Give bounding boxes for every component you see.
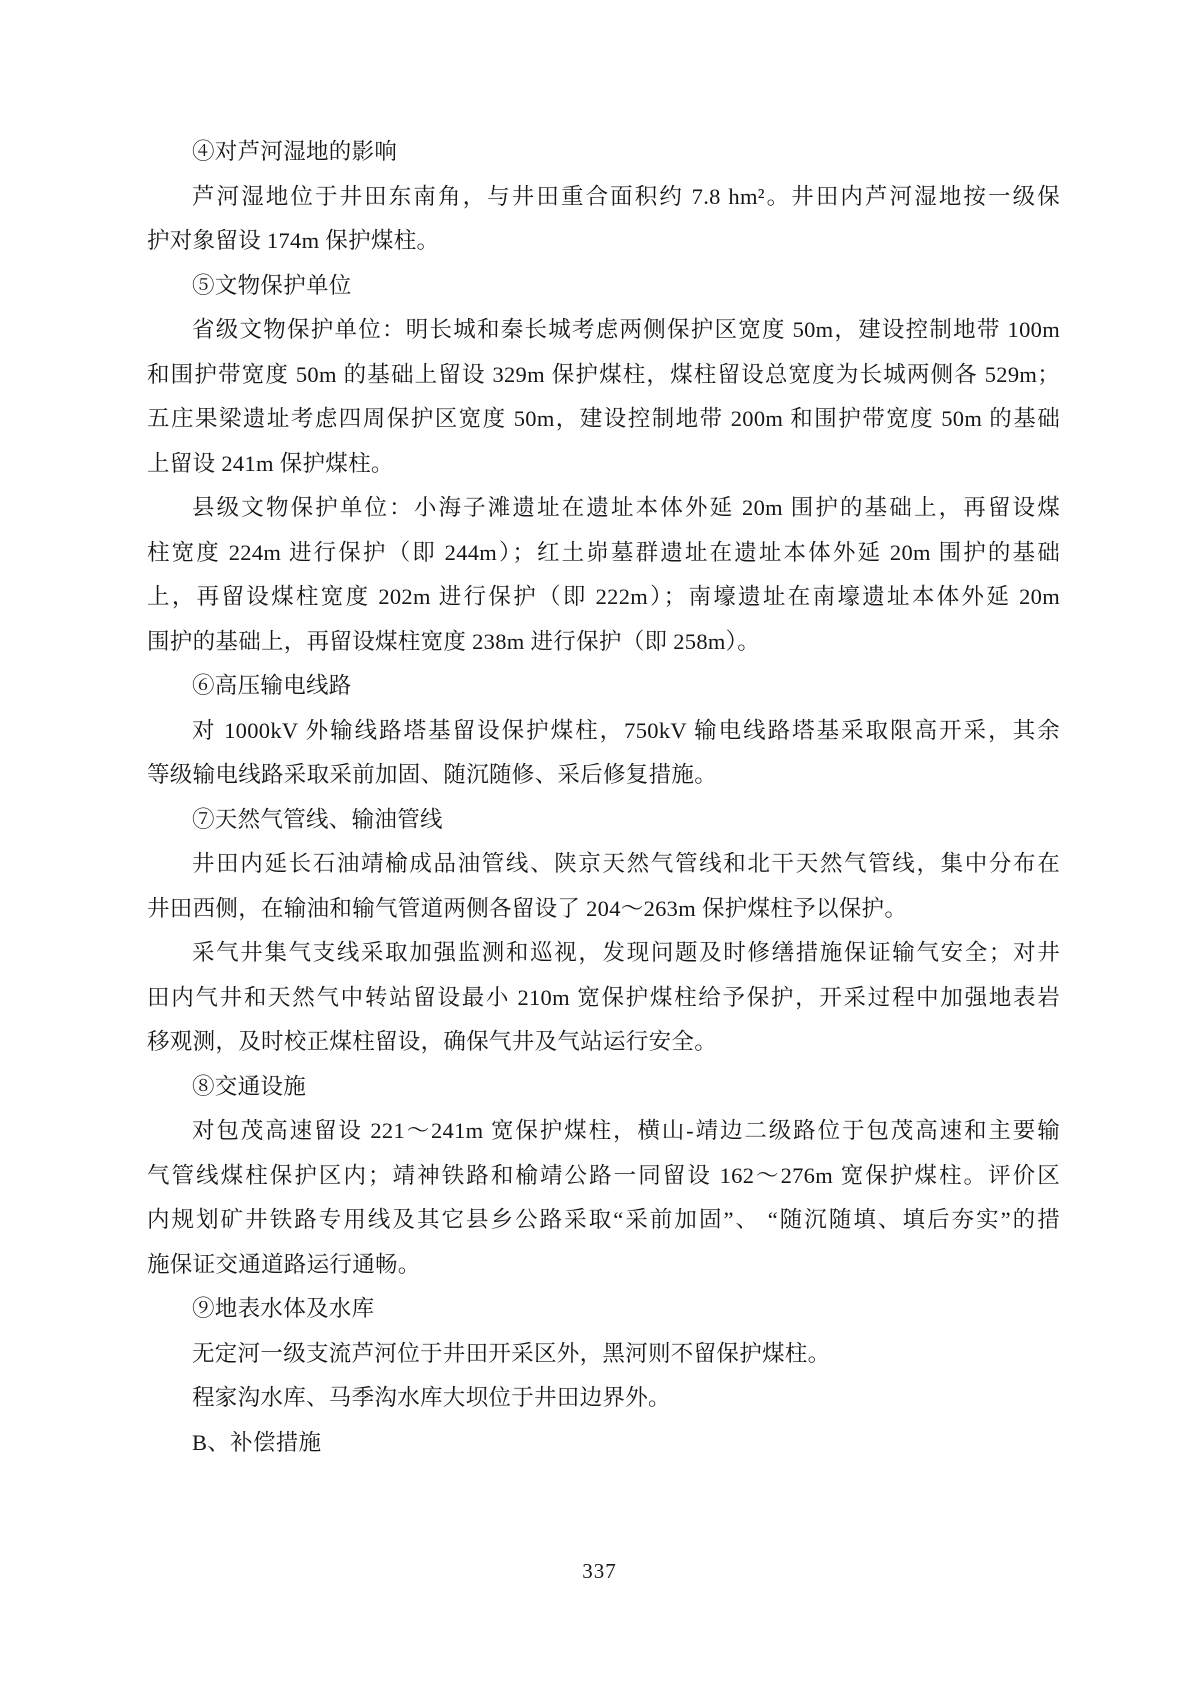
text-line: 省级文物保护单位：明长城和秦长城考虑两侧保护区宽度 50m，建设控制地带 100… [147,308,1060,353]
text-line: 芦河湿地位于井田东南角，与井田重合面积约 7.8 hm²。井田内芦河湿地按一级保 [147,175,1060,220]
paragraph-provincial-heritage: 省级文物保护单位：明长城和秦长城考虑两侧保护区宽度 50m，建设控制地带 100… [147,308,1060,486]
paragraph-reservoirs: 程家沟水库、马季沟水库大坝位于井田边界外。 [147,1376,1060,1421]
text-line: 县级文物保护单位：小海子滩遗址在遗址本体外延 20m 围护的基础上，再留设煤 [147,486,1060,531]
text-line: ⑥高压输电线路 [147,664,1060,709]
paragraph-transport: 对包茂高速留设 221～241m 宽保护煤柱，横山-靖边二级路位于包茂高速和主要… [147,1109,1060,1287]
text-line: ⑤文物保护单位 [147,264,1060,309]
text-line: 和围护带宽度 50m 的基础上留设 329m 保护煤柱，煤柱留设总宽度为长城两侧… [147,353,1060,398]
paragraph-powerlines: 对 1000kV 外输线路塔基留设保护煤柱，750kV 输电线路塔基采取限高开采… [147,709,1060,798]
text-line: 上，再留设煤柱宽度 202m 进行保护（即 222m）；南壕遗址在南壕遗址本体外… [147,575,1060,620]
text-line: 内规划矿井铁路专用线及其它县乡公路采取“采前加固”、 “随沉随填、填后夯实”的措 [147,1198,1060,1243]
text-line: 气管线煤柱保护区内；靖神铁路和榆靖公路一同留设 162～276m 宽保护煤柱。评… [147,1154,1060,1199]
text-line: 施保证交通道路运行通畅。 [147,1243,1060,1288]
section-heading-compensation: B、补偿措施 [147,1421,1060,1466]
text-line: 柱宽度 224m 进行保护（即 244m）；红土峁墓群遗址在遗址本体外延 20m… [147,531,1060,576]
paragraph-wetland: 芦河湿地位于井田东南角，与井田重合面积约 7.8 hm²。井田内芦河湿地按一级保… [147,175,1060,264]
text-line: ④对芦河湿地的影响 [147,130,1060,175]
section-heading-wetland: ④对芦河湿地的影响 [147,130,1060,175]
page-number: 337 [582,1556,617,1586]
paragraph-gas-wells: 采气井集气支线采取加强监测和巡视，发现问题及时修缮措施保证输气安全；对井 田内气… [147,931,1060,1065]
section-heading-transport: ⑧交通设施 [147,1065,1060,1110]
text-line: ⑧交通设施 [147,1065,1060,1110]
text-line: ⑨地表水体及水库 [147,1287,1060,1332]
document-page: ④对芦河湿地的影响 芦河湿地位于井田东南角，与井田重合面积约 7.8 hm²。井… [0,0,1199,1696]
text-line: 五庄果梁遗址考虑四周保护区宽度 50m，建设控制地带 200m 和围护带宽度 5… [147,397,1060,442]
text-line: 对 1000kV 外输线路塔基留设保护煤柱，750kV 输电线路塔基采取限高开采… [147,709,1060,754]
text-line: 上留设 241m 保护煤柱。 [147,442,1060,487]
text-line: 井田内延长石油靖榆成品油管线、陕京天然气管线和北干天然气管线，集中分布在 [147,842,1060,887]
text-line: ⑦天然气管线、输油管线 [147,798,1060,843]
text-line: 移观测，及时校正煤柱留设，确保气井及气站运行安全。 [147,1020,1060,1065]
text-line: 护对象留设 174m 保护煤柱。 [147,219,1060,264]
text-line: 采气井集气支线采取加强监测和巡视，发现问题及时修缮措施保证输气安全；对井 [147,931,1060,976]
text-line: 井田西侧，在输油和输气管道两侧各留设了 204～263m 保护煤柱予以保护。 [147,887,1060,932]
document-body: ④对芦河湿地的影响 芦河湿地位于井田东南角，与井田重合面积约 7.8 hm²。井… [147,130,1060,1465]
paragraph-pipelines: 井田内延长石油靖榆成品油管线、陕京天然气管线和北干天然气管线，集中分布在 井田西… [147,842,1060,931]
paragraph-county-heritage: 县级文物保护单位：小海子滩遗址在遗址本体外延 20m 围护的基础上，再留设煤 柱… [147,486,1060,664]
page-footer: 337 [0,1556,1199,1586]
text-line: 对包茂高速留设 221～241m 宽保护煤柱，横山-靖边二级路位于包茂高速和主要… [147,1109,1060,1154]
text-line: 田内气井和天然气中转站留设最小 210m 宽保护煤柱给予保护，开采过程中加强地表… [147,976,1060,1021]
text-line: 程家沟水库、马季沟水库大坝位于井田边界外。 [147,1376,1060,1421]
text-line: 等级输电线路采取采前加固、随沉随修、采后修复措施。 [147,753,1060,798]
text-line: B、补偿措施 [147,1421,1060,1466]
section-heading-powerlines: ⑥高压输电线路 [147,664,1060,709]
text-line: 围护的基础上，再留设煤柱宽度 238m 进行保护（即 258m）。 [147,620,1060,665]
paragraph-rivers: 无定河一级支流芦河位于井田开采区外，黑河则不留保护煤柱。 [147,1332,1060,1377]
section-heading-heritage: ⑤文物保护单位 [147,264,1060,309]
text-line: 无定河一级支流芦河位于井田开采区外，黑河则不留保护煤柱。 [147,1332,1060,1377]
section-heading-waterbodies: ⑨地表水体及水库 [147,1287,1060,1332]
section-heading-pipelines: ⑦天然气管线、输油管线 [147,798,1060,843]
